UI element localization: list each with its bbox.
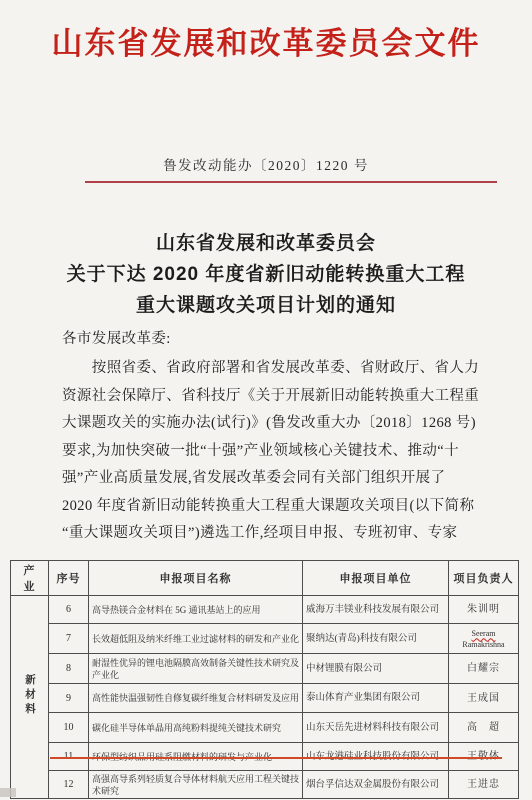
body-paragraph: 按照省委、省政府部署和省发展改革委、省财政厅、省人力资源社会保障厅、省科技厅《关…	[62, 355, 482, 548]
header-project-name: 申报项目名称	[89, 561, 303, 596]
paragraph-line: 要求,为加快突破一批“十强”产业领域核心关键技术、推动“十	[62, 438, 482, 466]
table-row: 10碳化硅半导体单晶用高纯粉料提纯关键技术研究山东天岳先进材料科技有限公司高 超	[11, 713, 519, 743]
project-table-body: 新材料6高导热镁合金材料在 5G 通讯基站上的应用威海万丰镁业科技发展有限公司朱…	[11, 596, 519, 799]
cell-org: 烟台孚信达双金属股份有限公司	[303, 771, 449, 799]
cell-project-name: 长效超低阻及纳米纤维工业过滤材料的研发和产业化	[89, 624, 303, 654]
row-11-red-underline	[50, 757, 502, 759]
cell-project-name: 耐湿性优异的锂电池隔膜高效制备关键性技术研究及产业化	[89, 654, 303, 684]
paragraph-line: 按照省委、省政府部署和省发展改革委、省财政厅、省人力	[62, 355, 482, 383]
red-divider-line	[85, 181, 497, 183]
cell-index: 8	[49, 654, 89, 684]
document-banner-title: 山东省发展和改革委员会文件	[0, 18, 532, 63]
cell-org: 泰山体育产业集团有限公司	[303, 684, 449, 713]
paragraph-line: 2020 年度省新旧动能转换重大工程重大课题攻关项目(以下简称	[62, 493, 482, 521]
document-title: 山东省发展和改革委员会 关于下达 2020 年度省新旧动能转换重大工程 重大课题…	[0, 228, 532, 321]
cell-org: 威海万丰镁业科技发展有限公司	[303, 596, 449, 624]
header-org: 申报项目单位	[303, 561, 449, 596]
header-leader: 项目负责人	[449, 561, 519, 596]
cell-org: 山东天岳先进材料科技有限公司	[303, 713, 449, 743]
cell-leader: 白耀宗	[449, 654, 519, 684]
cell-leader: 王进忠	[449, 771, 519, 799]
table-row: 12高强高导系列轻质复合导体材料航天应用工程关键技术研究烟台孚信达双金属股份有限…	[11, 771, 519, 799]
cell-leader: 朱训明	[449, 596, 519, 624]
document-title-line: 关于下达 2020 年度省新旧动能转换重大工程	[0, 259, 532, 290]
paragraph-line: 大课题攻关的实施办法(试行)》(鲁发改重大办〔2018〕1268 号)	[62, 410, 482, 438]
cell-index: 9	[49, 684, 89, 713]
leader-name-line: Ramakrishna	[462, 640, 504, 650]
cell-org: 中材锂膜有限公司	[303, 654, 449, 684]
leader-name-line: Seeram	[472, 629, 496, 639]
cell-leader: 王成国	[449, 684, 519, 713]
cell-leader: 高 超	[449, 713, 519, 743]
table-row: 7长效超低阻及纳米纤维工业过滤材料的研发和产业化聚纳达(青岛)科技有限公司See…	[11, 624, 519, 654]
cell-leader: SeeramRamakrishna	[449, 624, 519, 654]
cell-org: 聚纳达(青岛)科技有限公司	[303, 624, 449, 654]
cell-project-name: 碳化硅半导体单晶用高纯粉料提纯关键技术研究	[89, 713, 303, 743]
header-index: 序号	[49, 561, 89, 596]
scan-artifact	[0, 788, 16, 797]
industry-group-cell: 新材料	[11, 596, 49, 799]
paragraph-line: 资源社会保障厅、省科技厅《关于开展新旧动能转换重大工程重	[62, 383, 482, 411]
document-page: 山东省发展和改革委员会文件 鲁发改动能办〔2020〕1220 号 山东省发展和改…	[0, 0, 532, 800]
cell-index: 6	[49, 596, 89, 624]
table-row: 新材料6高导热镁合金材料在 5G 通讯基站上的应用威海万丰镁业科技发展有限公司朱…	[11, 596, 519, 624]
document-title-line: 山东省发展和改革委员会	[0, 228, 532, 259]
cell-project-name: 高导热镁合金材料在 5G 通讯基站上的应用	[89, 596, 303, 624]
addressee-line: 各市发展改革委:	[62, 327, 171, 348]
cell-project-name: 高性能快温强韧性自修复碳纤维复合材料研发及应用	[89, 684, 303, 713]
project-table: 产 业 序号 申报项目名称 申报项目单位 项目负责人 新材料6高导热镁合金材料在…	[10, 560, 519, 799]
paragraph-line: 强”产业高质量发展,省发展改革委会同有关部门组织开展了	[62, 465, 482, 493]
cell-index: 7	[49, 624, 89, 654]
cell-project-name: 高强高导系列轻质复合导体材料航天应用工程关键技术研究	[89, 771, 303, 799]
table-row: 9高性能快温强韧性自修复碳纤维复合材料研发及应用泰山体育产业集团有限公司王成国	[11, 684, 519, 713]
document-title-line: 重大课题攻关项目计划的通知	[0, 290, 532, 321]
table-header-row: 产 业 序号 申报项目名称 申报项目单位 项目负责人	[11, 561, 519, 596]
paragraph-line: “重大课题攻关项目”)遴选工作,经项目申报、专班初审、专家	[62, 520, 482, 548]
table-row: 8耐湿性优异的锂电池隔膜高效制备关键性技术研究及产业化中材锂膜有限公司白耀宗	[11, 654, 519, 684]
document-number: 鲁发改动能办〔2020〕1220 号	[0, 154, 532, 174]
header-industry: 产 业	[11, 561, 49, 596]
cell-index: 12	[49, 771, 89, 799]
industry-group-label: 新材料	[22, 674, 37, 718]
cell-index: 10	[49, 713, 89, 743]
